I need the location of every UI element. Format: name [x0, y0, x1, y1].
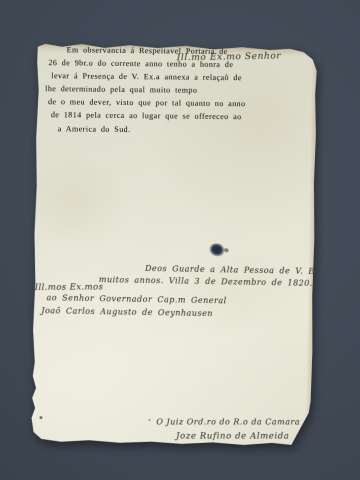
address-title-line: ao Senhor Governador Cap.m General [46, 293, 226, 305]
manuscript-paper-wrapper: Ill.mo Ex.mo Senhor Em observancia á Res… [30, 42, 318, 447]
closing-valediction: Deos Guarde a Alta Pessoa de V. Ex.a [145, 264, 328, 276]
body-line: a America do Sud. [58, 122, 317, 138]
photo-background: Ill.mo Ex.mo Senhor Em observancia á Res… [0, 0, 360, 480]
closing-date-line: muitos annos. Villa 3 de Dezembro de 182… [99, 275, 313, 288]
paper-speck [148, 419, 150, 421]
signature-title-line: O Juiz Ord.ro do R.o da Camara [156, 417, 300, 426]
manuscript-paper: Ill.mo Ex.mo Senhor Em observancia á Res… [30, 42, 318, 447]
letter-body: Em observancia á Respeitavel Portaria de… [36, 43, 318, 138]
signature-name-line: Joze Rufino de Almeida [176, 431, 289, 441]
paper-speck [39, 416, 42, 419]
ink-blot [208, 241, 226, 258]
address-name-line: Joaõ Carlos Augusto de Oeynhausen [41, 306, 213, 318]
address-honorific: Ill.mos Ex.mos [35, 282, 104, 293]
